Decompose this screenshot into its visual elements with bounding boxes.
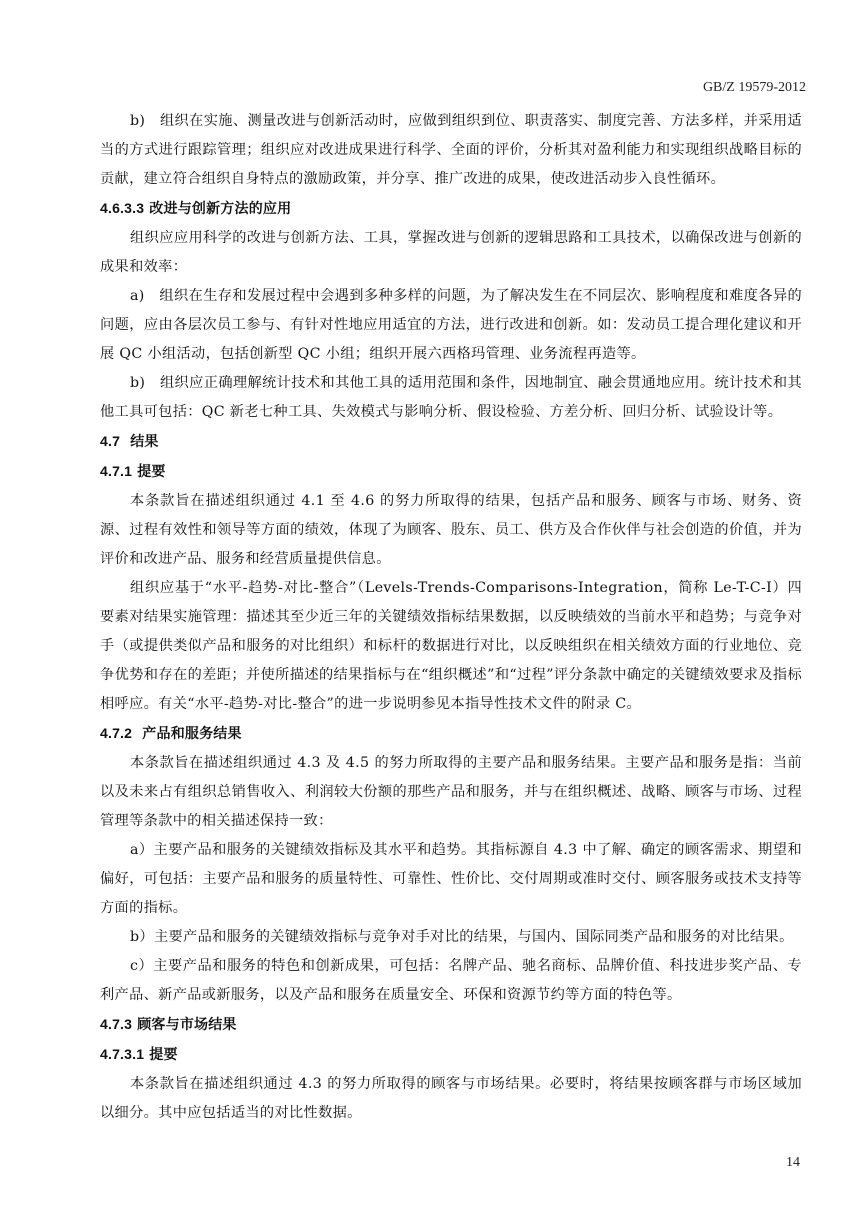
section-title: 顾客与市场结果 bbox=[137, 1017, 236, 1033]
paragraph: 本条款旨在描述组织通过 4.3 的努力所取得的顾客与市场结果。必要时，将结果按顾… bbox=[100, 1070, 802, 1128]
paragraph: 本条款旨在描述组织通过 4.1 至 4.6 的努力所取得的结果，包括产品和服务、… bbox=[100, 487, 802, 574]
paragraph: 组织应基于“水平-趋势-对比-整合”（Levels-Trends-Compari… bbox=[100, 574, 802, 719]
paragraph: 本条款旨在描述组织通过 4.3 及 4.5 的努力所取得的主要产品和服务结果。主… bbox=[100, 749, 802, 836]
section-heading: 4.6.3.3 改进与创新方法的应用 bbox=[100, 194, 802, 224]
paragraph: b) 组织在实施、测量改进与创新活动时，应做到组织到位、职责落实、制度完善、方法… bbox=[100, 107, 802, 194]
section-number: 4.7.3.1 bbox=[100, 1046, 144, 1062]
paragraph: c）主要产品和服务的特色和创新成果，可包括：名牌产品、驰名商标、品牌价值、科技进… bbox=[100, 952, 802, 1010]
standard-code: GB/Z 19579-2012 bbox=[703, 80, 806, 96]
section-number: 4.7.2 bbox=[100, 725, 132, 741]
paragraph: a）主要产品和服务的关键绩效指标及其水平和趋势。其指标源自 4.3 中了解、确定… bbox=[100, 836, 802, 923]
section-title: 产品和服务结果 bbox=[142, 726, 241, 742]
section-number: 4.7 bbox=[100, 433, 120, 449]
section-title: 提要 bbox=[137, 464, 165, 480]
section-number: 4.6.3.3 bbox=[100, 200, 144, 216]
paragraph: b）主要产品和服务的关键绩效指标与竞争对手对比的结果，与国内、国际同类产品和服务… bbox=[100, 923, 802, 952]
section-title: 提要 bbox=[149, 1047, 177, 1063]
section-heading: 4.7.2 产品和服务结果 bbox=[100, 719, 802, 749]
paragraph: a) 组织在生存和发展过程中会遇到多种多样的问题，为了解决发生在不同层次、影响程… bbox=[100, 282, 802, 369]
document-page: GB/Z 19579-2012 b) 组织在实施、测量改进与创新活动时，应做到组… bbox=[0, 0, 860, 1216]
section-heading: 4.7.1 提要 bbox=[100, 457, 802, 487]
section-heading: 4.7 结果 bbox=[100, 427, 802, 457]
section-title: 改进与创新方法的应用 bbox=[149, 201, 291, 217]
section-title: 结果 bbox=[130, 434, 158, 450]
section-heading: 4.7.3 顾客与市场结果 bbox=[100, 1010, 802, 1040]
page-number: 14 bbox=[786, 1155, 800, 1171]
section-number: 4.7.1 bbox=[100, 463, 132, 479]
section-heading: 4.7.3.1 提要 bbox=[100, 1040, 802, 1070]
paragraph: 组织应应用科学的改进与创新方法、工具，掌握改进与创新的逻辑思路和工具技术，以确保… bbox=[100, 224, 802, 282]
page-content: b) 组织在实施、测量改进与创新活动时，应做到组织到位、职责落实、制度完善、方法… bbox=[100, 107, 802, 1128]
section-number: 4.7.3 bbox=[100, 1016, 132, 1032]
paragraph: b) 组织应正确理解统计技术和其他工具的适用范围和条件，因地制宜、融会贯通地应用… bbox=[100, 369, 802, 427]
